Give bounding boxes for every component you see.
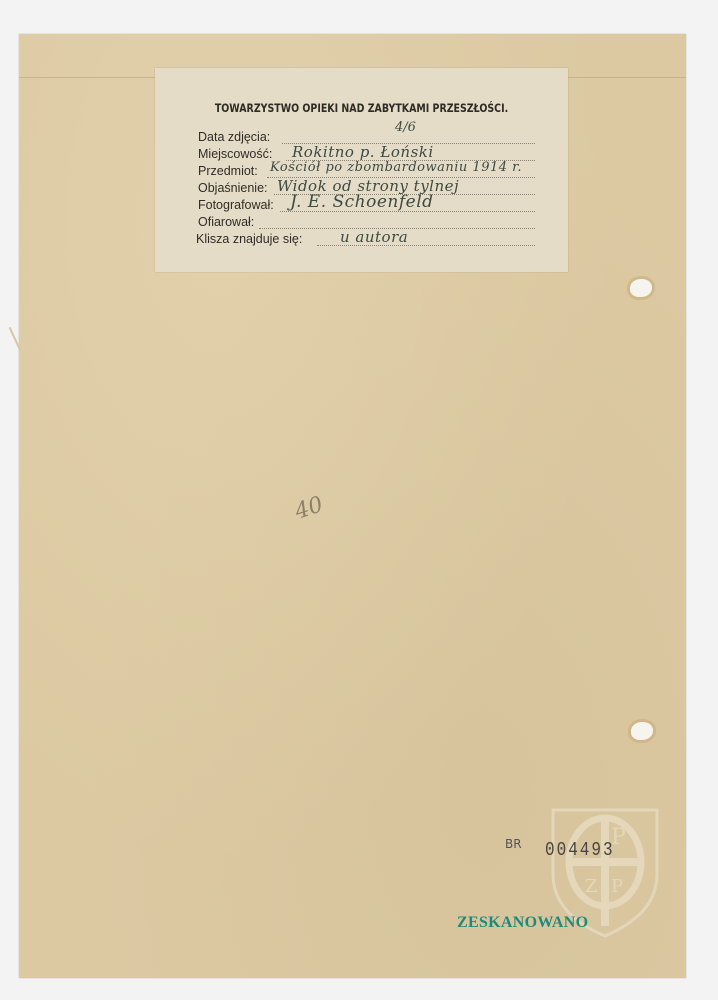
field-label: Miejscowość: [198, 147, 272, 161]
field-value-handwritten: Kościół po zbombardowaniu 1914 r. [270, 160, 522, 175]
field-value-handwritten: 4/6 [395, 120, 416, 135]
field-label: Objaśnienie: [198, 181, 268, 195]
field-value-handwritten: J. E. Schoenfeld [290, 192, 434, 212]
field-label: Fotografował: [198, 198, 274, 212]
field-photographer: Fotografował: J. E. Schoenfeld [155, 198, 568, 214]
pencil-note: 40 [292, 492, 326, 524]
field-negative-location: Klisza znajduje się: u autora [155, 232, 568, 248]
catalog-prefix: BR [505, 837, 522, 851]
punch-hole-lower [631, 722, 653, 740]
label-title: TOWARZYSTWO OPIEKI NAD ZABYTKAMI PRZESZŁ… [192, 101, 531, 115]
inventory-number: 004493 [545, 839, 615, 861]
field-label: Klisza znajduje się: [196, 232, 302, 246]
field-label: Ofiarował: [198, 215, 254, 229]
field-label: Data zdjęcia: [198, 130, 270, 144]
field-value-handwritten: Rokitno p. Łoński [292, 143, 434, 161]
scan-canvas: TOWARZYSTWO OPIEKI NAD ZABYTKAMI PRZESZŁ… [0, 0, 718, 1000]
punch-hole-upper [630, 279, 652, 297]
svg-text:Z: Z [585, 876, 598, 897]
field-value-handwritten: u autora [340, 228, 408, 246]
archival-paper-sheet: TOWARZYSTWO OPIEKI NAD ZABYTKAMI PRZESZŁ… [19, 34, 686, 978]
field-label: Przedmiot: [198, 164, 258, 178]
svg-text:P: P [611, 876, 623, 897]
scanned-stamp: ZESKANOWANO [457, 914, 588, 932]
catalog-label-card: TOWARZYSTWO OPIEKI NAD ZABYTKAMI PRZESZŁ… [155, 68, 568, 272]
